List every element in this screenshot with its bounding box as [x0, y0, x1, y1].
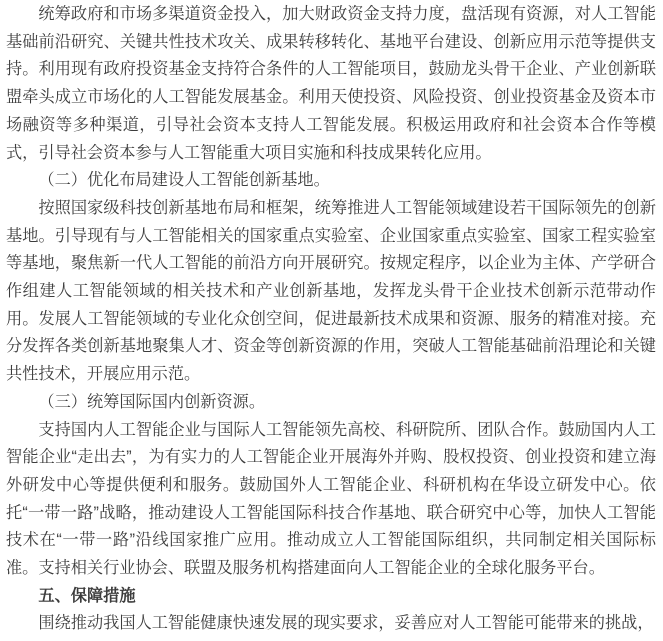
subheading-section-2-innovation-bases: （二）优化布局建设人工智能创新基地。 — [6, 167, 656, 195]
heading-section-5-safeguard-measures: 五、保障措施 — [6, 583, 656, 611]
document-page: 统筹政府和市场多渠道资金投入，加大财政资金支持力度，盘活现有资源，对人工智能基础… — [0, 0, 663, 641]
paragraph-safeguard-intro: 围绕推动我国人工智能健康快速发展的现实要求，妥善应对人工智能可能带来的挑战， — [6, 610, 656, 638]
subheading-section-3-international-resources: （三）统筹国际国内创新资源。 — [6, 389, 656, 417]
paragraph-international-cooperation: 支持国内人工智能企业与国际人工智能领先高校、科研院所、团队合作。鼓励国内人工智能… — [6, 417, 656, 583]
paragraph-funding-channels: 统筹政府和市场多渠道资金投入，加大财政资金支持力度，盘活现有资源，对人工智能基础… — [6, 1, 656, 167]
paragraph-innovation-bases: 按照国家级科技创新基地布局和框架，统筹推进人工智能领域建设若干国际领先的创新基地… — [6, 195, 656, 389]
